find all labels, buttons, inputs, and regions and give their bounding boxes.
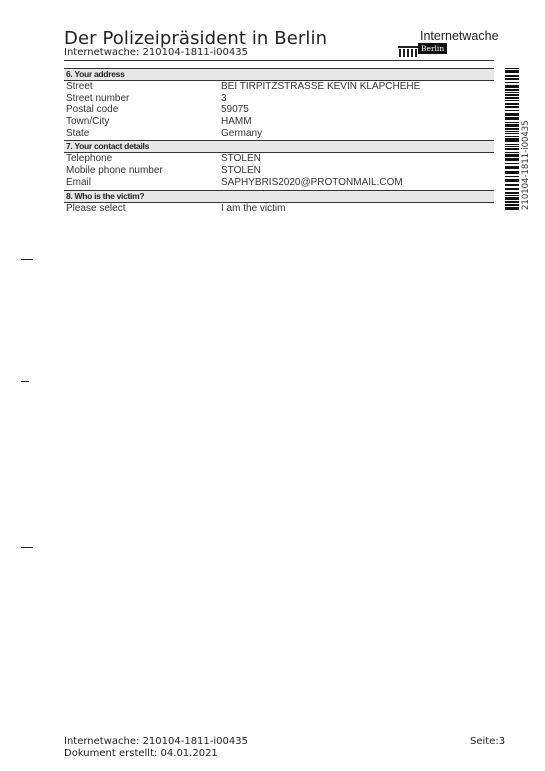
section-heading: 7. Your contact details [64, 140, 494, 153]
field-row: Mobile phone numberSTOLEN [64, 165, 494, 177]
field-label: Street [66, 81, 221, 93]
barcode-bar [505, 68, 519, 69]
case-number: Internetwache: 210104-1811-i00435 [64, 47, 248, 58]
barcode-bar [505, 106, 519, 108]
brandenburg-gate-icon [398, 46, 418, 57]
section-address: 6. Your address StreetBEI TIRPITZSTRASSE… [64, 68, 494, 139]
barcode-bar [505, 158, 519, 161]
barcode-text: 210104-1811-i00435 [521, 120, 531, 210]
field-label: State [66, 128, 221, 140]
report-form: 6. Your address StreetBEI TIRPITZSTRASSE… [64, 68, 494, 215]
field-row: StreetBEI TIRPITZSTRASSE KEVIN KLAPCHEHE [64, 81, 494, 93]
page-footer: Internetwache: 210104-1811-i00435 Dokume… [64, 736, 248, 760]
barcode-bar [505, 204, 519, 206]
punch-mark [21, 381, 29, 382]
field-value: I am the victim [221, 203, 494, 215]
barcode-bar [505, 97, 519, 99]
barcode-bar [505, 103, 519, 105]
page-title: Der Polizeipräsident in Berlin [64, 28, 327, 49]
barcode-bar [505, 85, 519, 88]
barcode-bar [505, 201, 519, 203]
footer-case-number: Internetwache: 210104-1811-i00435 [64, 736, 248, 748]
field-label: Postal code [66, 104, 221, 116]
barcode-bar [505, 171, 519, 174]
section-heading: 8. Who is the victim? [64, 190, 494, 203]
section-contact: 7. Your contact details TelephoneSTOLEN … [64, 140, 494, 188]
barcode-bar [505, 154, 519, 157]
barcode-bar [505, 113, 519, 116]
fold-mark [21, 547, 33, 548]
page-number: Seite:3 [470, 736, 505, 747]
field-row: TelephoneSTOLEN [64, 153, 494, 165]
barcode-bar [505, 92, 519, 93]
header-divider [64, 60, 494, 61]
field-value: BEI TIRPITZSTRASSE KEVIN KLAPCHEHE [221, 81, 494, 93]
barcode-bar [505, 117, 519, 120]
field-value: HAMM [221, 116, 494, 128]
footer-created-date: Dokument erstellt: 04.01.2021 [64, 748, 248, 760]
barcode-bar [505, 163, 519, 164]
section-victim: 8. Who is the victim? Please selectI am … [64, 190, 494, 215]
barcode-bar [505, 110, 519, 111]
barcode-bar [505, 136, 519, 137]
barcode-bar [505, 139, 519, 142]
field-label: Street number [66, 93, 221, 105]
barcode-bar [505, 70, 519, 73]
barcode-bar [505, 124, 519, 127]
barcode-bar [505, 144, 519, 145]
barcode-bar [505, 184, 519, 186]
field-row: EmailSAPHYBRIS2020@PROTONMAIL.COM [64, 177, 494, 189]
barcode-bar [505, 146, 519, 147]
barcode-bar [505, 195, 519, 196]
section-heading: 6. Your address [64, 68, 494, 81]
field-value: 3 [221, 93, 494, 105]
barcode-bar [505, 78, 519, 80]
barcode-bar [505, 89, 519, 92]
field-label: Town/City [66, 116, 221, 128]
field-value: SAPHYBRIS2020@PROTONMAIL.COM [221, 177, 494, 189]
barcode-bar [505, 100, 519, 101]
barcode-bar [505, 138, 519, 139]
field-row: Please selectI am the victim [64, 203, 494, 215]
barcode-bar [505, 75, 519, 77]
barcode-bar [505, 131, 519, 132]
field-label: Telephone [66, 153, 221, 165]
field-label: Email [66, 177, 221, 189]
barcode-bar [505, 192, 519, 194]
barcode-bar [505, 152, 519, 153]
fold-mark [21, 259, 33, 260]
barcode-bar [505, 133, 519, 134]
barcode-bar [505, 188, 519, 191]
field-value: STOLEN [221, 153, 494, 165]
berlin-badge: Berlin [418, 43, 447, 54]
barcode-label: 210104-1811-i00435 [521, 70, 533, 210]
barcode-bar [505, 148, 519, 150]
barcode-bar [505, 166, 519, 169]
field-label: Please select [66, 203, 221, 215]
field-label: Mobile phone number [66, 165, 221, 177]
field-row: Street number3 [64, 93, 494, 105]
barcode-bar [505, 122, 519, 123]
field-row: Town/CityHAMM [64, 116, 494, 128]
barcode-bar [505, 179, 519, 182]
barcode-bar [505, 207, 519, 210]
barcode-bar [505, 82, 519, 83]
field-row: StateGermany [64, 128, 494, 140]
field-value: STOLEN [221, 165, 494, 177]
barcode-bar [505, 197, 519, 200]
field-row: Postal code59075 [64, 104, 494, 116]
barcode-bar [505, 94, 519, 96]
barcode-bar [505, 176, 519, 177]
barcode-bar [505, 128, 519, 130]
logo-text: Internetwache [420, 29, 499, 43]
field-value: 59075 [221, 104, 494, 116]
barcode [505, 68, 519, 211]
field-value: Germany [221, 128, 494, 140]
